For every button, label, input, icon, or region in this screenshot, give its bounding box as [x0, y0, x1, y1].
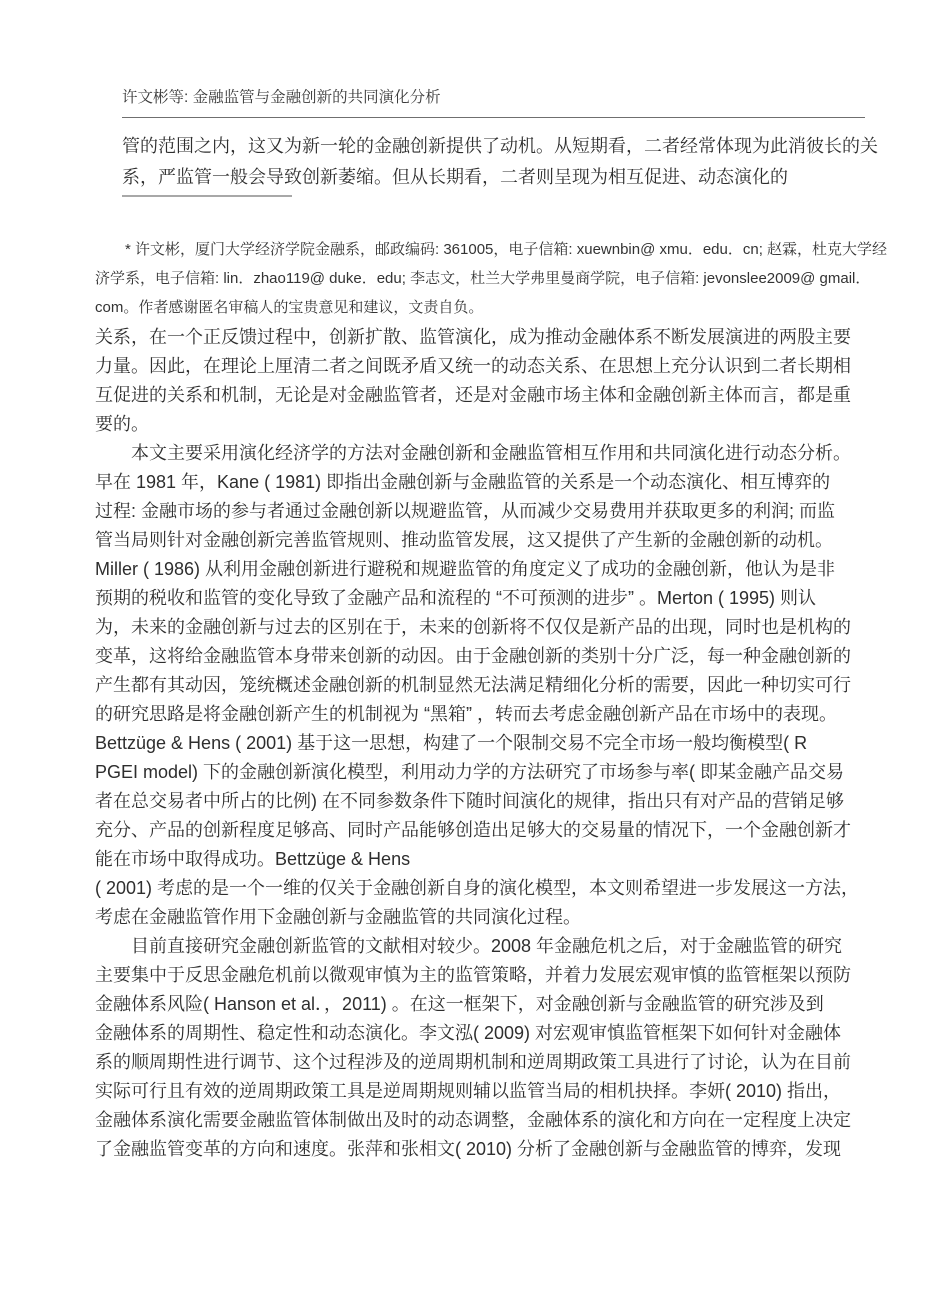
- footnote-text-line: com。作者感谢匿名审稿人的宝贵意见和建议，文责自负。: [95, 293, 890, 322]
- text-line: Miller ( 1986) 从利用金融创新进行避税和规避监管的角度定义了成功的…: [95, 555, 890, 584]
- text-line: 充分、产品的创新程度足够高、同时产品能够创造出足够大的交易量的情况下，一个金融创…: [95, 816, 890, 845]
- text-line: 互促进的关系和机制，无论是对金融监管者，还是对金融市场主体和金融创新主体而言，都…: [95, 381, 890, 410]
- text-line: 考虑在金融监管作用下金融创新与金融监管的共同演化过程。: [95, 903, 890, 932]
- text-line: 管当局则针对金融创新完善监管规则、推动监管发展，这又提供了产生新的金融创新的动机…: [95, 526, 890, 555]
- header-rule: [122, 117, 865, 118]
- footnote-text-line: * 许文彬，厦门大学经济学院金融系，邮政编码: 361005，电子信箱: xue…: [95, 235, 890, 264]
- text-line: PGEI model) 下的金融创新演化模型，利用动力学的方法研究了市场参与率(…: [95, 758, 890, 787]
- text-line: 了金融监管变革的方向和速度。张萍和张相文( 2010) 分析了金融创新与金融监管…: [95, 1135, 890, 1164]
- text-line: Bettzüge & Hens ( 2001) 基于这一思想，构建了一个限制交易…: [95, 729, 890, 758]
- text-line: 早在 1981 年，Kane ( 1981) 即指出金融创新与金融监管的关系是一…: [95, 468, 890, 497]
- text-line: 能在市场中取得成功。Bettzüge & Hens: [95, 845, 890, 874]
- text-line: 管的范围之内，这又为新一轮的金融创新提供了动机。从短期看，二者经常体现为此消彼长…: [122, 131, 890, 162]
- text-line: 力量。因此，在理论上厘清二者之间既矛盾又统一的动态关系、在思想上充分认识到二者长…: [95, 352, 890, 381]
- text-line: 关系，在一个正反馈过程中，创新扩散、监管演化，成为推动金融体系不断发展演进的两股…: [95, 323, 890, 352]
- text-line: 为，未来的金融创新与过去的区别在于，未来的创新将不仅仅是新产品的出现，同时也是机…: [95, 613, 890, 642]
- text-line: 金融体系的周期性、稳定性和动态演化。李文泓( 2009) 对宏观审慎监管框架下如…: [95, 1019, 890, 1048]
- text-line: 系，严监管一般会导致创新萎缩。但从长期看，二者则呈现为相互促进、动态演化的: [122, 162, 890, 193]
- text-line: 预期的税收和监管的变化导致了金融产品和流程的 “不可预测的进步” 。Merton…: [95, 584, 890, 613]
- text-line: 金融体系演化需要金融监管体制做出及时的动态调整，金融体系的演化和方向在一定程度上…: [95, 1106, 890, 1135]
- text-line: 目前直接研究金融创新监管的文献相对较少。2008 年金融危机之后，对于金融监管的…: [95, 932, 890, 961]
- text-line: 实际可行且有效的逆周期政策工具是逆周期规则辅以监管当局的相机抉择。李妍( 201…: [95, 1077, 890, 1106]
- text-line: 主要集中于反思金融危机前以微观审慎为主的监管策略，并着力发展宏观审慎的监管框架以…: [95, 961, 890, 990]
- text-line: 者在总交易者中所占的比例) 在不同参数条件下随时间演化的规律，指出只有对产品的营…: [95, 787, 890, 816]
- paragraph-relationship: 关系，在一个正反馈过程中，创新扩散、监管演化，成为推动金融体系不断发展演进的两股…: [95, 323, 890, 439]
- text-line: 要的。: [95, 410, 890, 439]
- footnote-divider: [122, 195, 292, 197]
- text-line: 的研究思路是将金融创新产生的机制视为 “黑箱” ，转而去考虑金融创新产品在市场中…: [95, 700, 890, 729]
- paragraph-top-continuation: 管的范围之内，这又为新一轮的金融创新提供了动机。从短期看，二者经常体现为此消彼长…: [122, 131, 890, 193]
- text-line: 系的顺周期性进行调节、这个过程涉及的逆周期机制和逆周期政策工具进行了讨论，认为在…: [95, 1048, 890, 1077]
- text-line: ( 2001) 考虑的是一个一维的仅关于金融创新自身的演化模型，本文则希望进一步…: [95, 874, 890, 903]
- footnote: * 许文彬，厦门大学经济学院金融系，邮政编码: 361005，电子信箱: xue…: [95, 235, 890, 322]
- text-line: 变革，这将给金融监管本身带来创新的动因。由于金融创新的类别十分广泛，每一种金融创…: [95, 642, 890, 671]
- text-line: 本文主要采用演化经济学的方法对金融创新和金融监管相互作用和共同演化进行动态分析。: [95, 439, 890, 468]
- text-line: 过程: 金融市场的参与者通过金融创新以规避监管，从而减少交易费用并获取更多的利润…: [95, 497, 890, 526]
- running-header: 许文彬等: 金融监管与金融创新的共同演化分析: [122, 88, 890, 108]
- document-page: 许文彬等: 金融监管与金融创新的共同演化分析 管的范围之内，这又为新一轮的金融创…: [0, 0, 950, 1290]
- text-line: 产生都有其动因，笼统概述金融创新的机制显然无法满足精细化分析的需要，因此一种切实…: [95, 671, 890, 700]
- paragraph-literature: 目前直接研究金融创新监管的文献相对较少。2008 年金融危机之后，对于金融监管的…: [95, 932, 890, 1164]
- paragraph-methodology: 本文主要采用演化经济学的方法对金融创新和金融监管相互作用和共同演化进行动态分析。…: [95, 439, 890, 932]
- footnote-text-line: 济学系，电子信箱: lin．zhao119@ duke．edu; 李志文，杜兰大…: [95, 264, 890, 293]
- text-line: 金融体系风险( Hanson et al．，2011) 。在这一框架下，对金融创…: [95, 990, 890, 1019]
